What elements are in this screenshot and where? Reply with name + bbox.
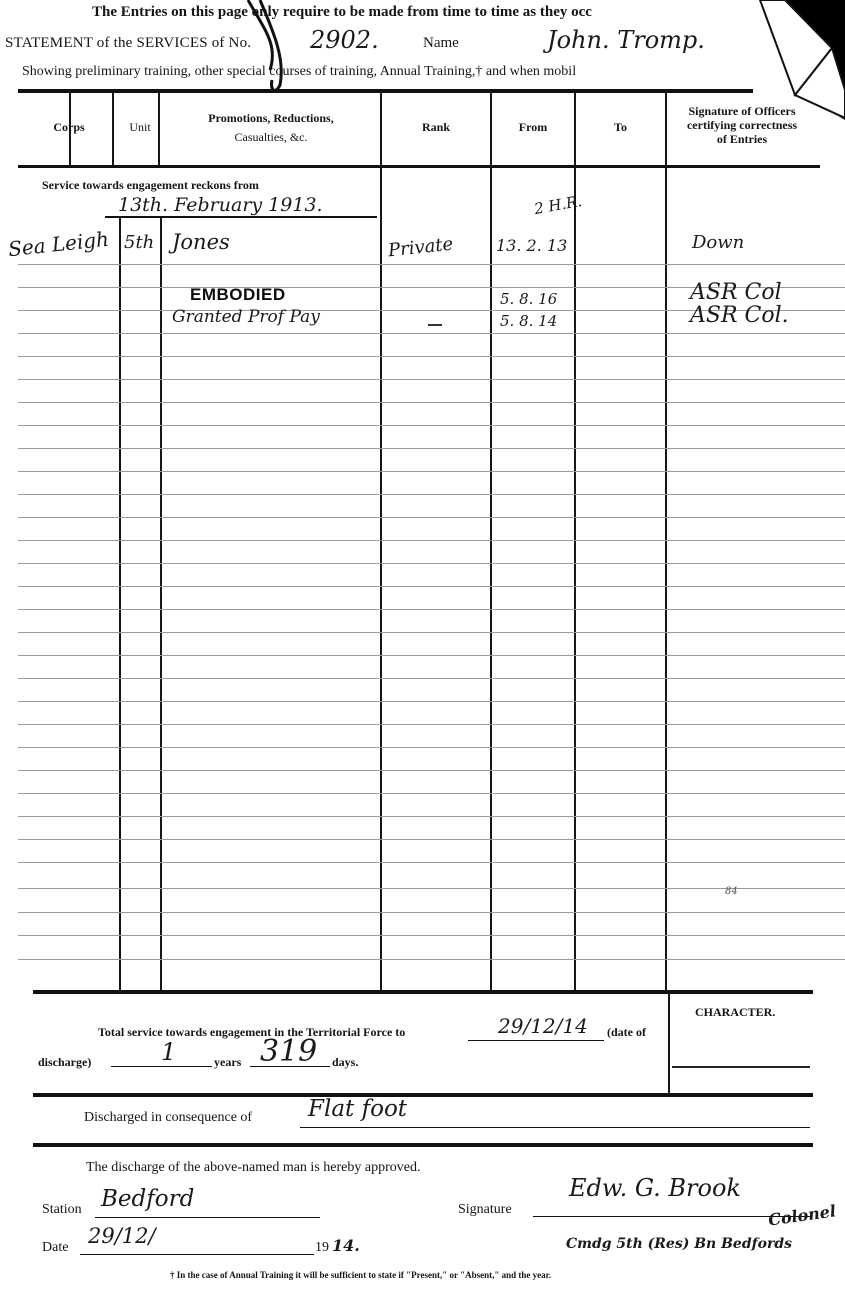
row3-from: 5. 8. 14	[500, 312, 557, 330]
ruled-line	[18, 425, 845, 426]
ruled-line	[18, 402, 845, 403]
row2-from: 5. 8. 16	[500, 290, 557, 308]
row1-signature: Down	[692, 232, 744, 253]
column-divider	[380, 166, 382, 990]
station-label: Station	[42, 1202, 82, 1218]
years-label: years	[214, 1055, 241, 1070]
ruled-line	[18, 333, 845, 334]
column-divider	[665, 166, 667, 994]
ruled-line	[18, 770, 845, 771]
column-divider	[158, 92, 160, 166]
ruled-line	[18, 701, 845, 702]
ruled-line	[18, 494, 845, 495]
days-field: 319	[250, 1044, 330, 1067]
row3-promotions: Granted Prof Pay	[172, 307, 320, 327]
column-header-signature: Signature of Officers certifying correct…	[667, 104, 817, 146]
ruled-line	[18, 793, 845, 794]
discharge-date-value: 29/12/14	[498, 1014, 588, 1038]
column-header-rank: Rank	[382, 120, 490, 134]
row2-embodied-stamp: EMBODIED	[190, 285, 286, 305]
column-header-to: To	[576, 120, 665, 134]
ruled-line	[18, 724, 845, 725]
discharge-reason-label: Discharged in consequence of	[84, 1110, 252, 1126]
date-value: 29/12/	[88, 1224, 156, 1248]
signature-value: Edw. G. Brook	[569, 1174, 741, 1202]
section-rule	[33, 1093, 813, 1097]
ruled-line	[18, 609, 845, 610]
footnote: † In the case of Annual Training it will…	[170, 1270, 551, 1280]
ruled-line	[18, 839, 845, 840]
column-header-promotions-line2: Casualties, &c.	[162, 130, 380, 144]
ruled-line	[18, 655, 845, 656]
column-header-promotions: Promotions, Reductions, Casualties, &c.	[162, 111, 380, 144]
ruled-line	[18, 678, 845, 679]
ruled-line	[18, 862, 845, 863]
column-divider	[69, 92, 71, 166]
date-label: Date	[42, 1240, 68, 1256]
folded-corner-icon	[740, 0, 845, 120]
column-divider	[112, 92, 114, 166]
signature-label: Signature	[458, 1202, 512, 1218]
section-rule	[33, 1143, 813, 1147]
ruled-line	[18, 540, 845, 541]
column-header-unit: Unit	[120, 120, 160, 134]
reckons-from-label: Service towards engagement reckons from	[42, 178, 259, 193]
character-field[interactable]	[672, 1066, 810, 1068]
signature-header-line2: certifying correctness	[667, 118, 817, 132]
ruled-line	[18, 935, 845, 936]
signature-header-line3: of Entries	[667, 132, 817, 146]
column-divider	[380, 92, 382, 166]
ruled-line	[18, 517, 845, 518]
table-bottom-rule	[33, 990, 813, 994]
ruled-line	[18, 888, 845, 889]
service-number: 2902.	[310, 26, 379, 54]
margin-mark: 84	[725, 886, 738, 897]
station-value: Bedford	[101, 1186, 194, 1212]
reckons-date-underline	[105, 216, 377, 218]
year-prefix: 19	[315, 1240, 329, 1256]
ruled-line	[18, 586, 845, 587]
days-value: 319	[260, 1034, 317, 1069]
ruled-line	[18, 448, 845, 449]
years-field: 1	[111, 1044, 212, 1067]
header-bottom-rule	[18, 165, 820, 168]
ink-flourish-icon	[230, 0, 320, 100]
reckons-from-date: 13th. February 1913.	[118, 194, 323, 216]
ruled-line	[18, 264, 845, 265]
ruled-line	[18, 959, 845, 960]
table-top-rule	[18, 89, 753, 93]
name-value: John. Tromp.	[547, 26, 705, 54]
row1-promotions: Jones	[172, 230, 230, 254]
years-value: 1	[161, 1038, 176, 1066]
ruled-line	[18, 379, 845, 380]
row1-rank: Private	[387, 234, 454, 262]
ruled-line	[18, 356, 845, 357]
discharge-label: discharge)	[38, 1055, 91, 1070]
column-header-from: From	[492, 120, 574, 134]
station-field: Bedford	[95, 1190, 320, 1218]
column-divider	[574, 166, 576, 990]
character-divider	[668, 990, 670, 1094]
approval-text: The discharge of the above-named man is …	[86, 1160, 420, 1176]
year-value: 14.	[332, 1236, 360, 1255]
signature-sub: Cmdg 5th (Res) Bn Bedfords	[566, 1236, 792, 1252]
discharge-date-field: 29/12/14	[468, 1014, 604, 1041]
column-divider	[490, 92, 492, 166]
row1-unit: 5th	[124, 232, 154, 253]
date-of-label: (date of	[607, 1025, 646, 1040]
ruled-line	[18, 816, 845, 817]
row3-signature: ASR Col.	[690, 303, 789, 328]
ruled-line	[18, 632, 845, 633]
column-header-promotions-line1: Promotions, Reductions,	[162, 111, 380, 125]
character-label: CHARACTER.	[695, 1005, 775, 1020]
row2-signature: ASR Col	[690, 280, 782, 305]
ruled-line	[18, 747, 845, 748]
total-service-text: Total service towards engagement in the …	[98, 1025, 405, 1040]
discharge-reason-value: Flat foot	[308, 1096, 407, 1122]
row3-rank-mark	[428, 324, 442, 326]
ruled-line	[18, 912, 845, 913]
row1-corps: Sea Leigh	[7, 227, 110, 261]
statement-label: STATEMENT of the SERVICES of No.	[5, 35, 251, 52]
name-label: Name	[423, 35, 459, 52]
header-notice: The Entries on this page only require to…	[92, 4, 592, 21]
ruled-line	[18, 563, 845, 564]
discharge-reason-field: Flat foot	[300, 1098, 810, 1128]
date-field: 29/12/	[80, 1228, 314, 1255]
column-divider	[665, 92, 667, 166]
column-divider	[574, 92, 576, 166]
days-label: days.	[332, 1055, 358, 1070]
column-divider	[490, 166, 492, 990]
row1-from: 13. 2. 13	[496, 236, 567, 255]
signature-header-line1: Signature of Officers	[667, 104, 817, 118]
ruled-line	[18, 471, 845, 472]
